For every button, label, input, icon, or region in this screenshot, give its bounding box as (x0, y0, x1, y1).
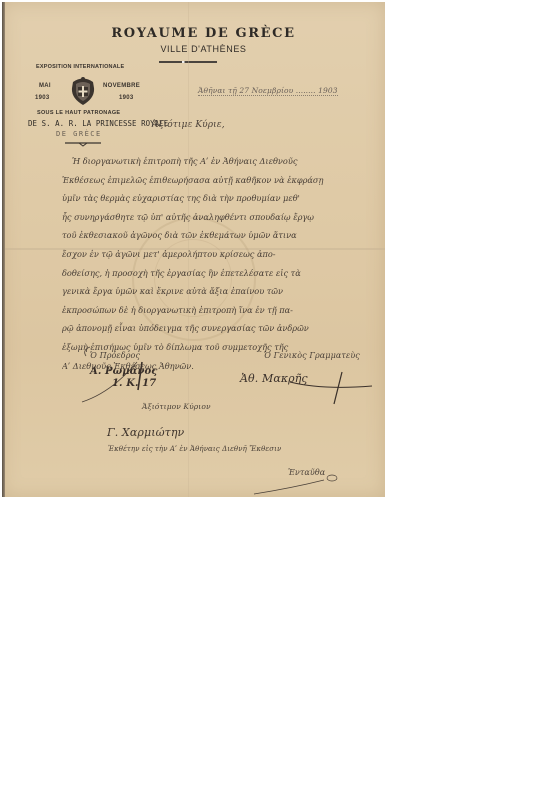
body-line: Ἡ διοργανωτικὴ ἐπιτροπὴ τῆς Αʹ ἐν Ἀθήναι… (62, 152, 377, 171)
ornament-divider-icon (65, 141, 101, 147)
body-line: Ἐκθέσεως ἐπιμελῶς ἐπιθεωρήσασα αὐτῇ καθῆ… (62, 171, 377, 190)
exposition-label: EXPOSITION INTERNATIONALE (36, 64, 124, 70)
body-line: ὑμῖν τὰς θερμὰς εὐχαριστίας της διὰ τὴν … (62, 189, 377, 208)
country-label: DE GRÈCE (56, 130, 102, 138)
patronage-label: SOUS LE HAUT PATRONAGE (37, 110, 120, 116)
date-line: Ἀθῆναι τῇ 27 Νοεμβρίου ........ 1903 (198, 86, 338, 96)
place-underline-flourish-icon (252, 472, 342, 497)
body-line: ρῷ ἀπονομῇ εἶναι ὑπόδειγμα τῆς συνεργασί… (62, 319, 377, 338)
letter-paper: ROYAUME DE GRÈCE VILLE D'ATHÈNES EXPOSIT… (2, 2, 385, 497)
body-line: γενικὰ ἔργα ὑμῶν καὶ ἔκρινε αὐτὰ ἄξια ἐπ… (62, 282, 377, 301)
president-title: Ὁ Πρόεδρος (90, 351, 140, 360)
recipient-role: Ἐκθέτην εἰς τὴν Αʹ ἐν Ἀθήναις Διεθνῆ Ἔκθ… (108, 445, 281, 453)
salutation: Ἀξιότιμε Κύριε, (152, 120, 225, 130)
letterhead-subtitle: VILLE D'ATHÈNES (12, 44, 385, 54)
secretary-title: Ὁ Γενικὸς Γραμματεὺς (264, 351, 360, 360)
princess-label: DE S. A. R. LA PRINCESSE ROYALE (28, 119, 168, 128)
end-year: 1903 (119, 95, 134, 101)
body-line: δοθείσης, ἡ προσοχὴ τῆς ἐργασίας ἣν ἐπετ… (62, 264, 377, 283)
start-month: MAI (39, 83, 51, 89)
end-month: NOVEMBRE (103, 83, 140, 89)
president-signature-extra: 1. Κ. 17 (112, 378, 156, 389)
body-line: ἔσχον ἐν τῷ ἀγῶνι μετ' ἀμερολήπτου κρίσε… (62, 245, 377, 264)
title-divider (159, 61, 217, 63)
president-signature: Α. Ρωμάνος (90, 366, 157, 377)
body-line: ἧς συνηργάσθητε τῷ ὑπ' αὐτῆς ἀναληφθέντι… (62, 208, 377, 227)
recipient-name: Γ. Χαρμιώτην (107, 426, 184, 439)
royal-coat-of-arms-icon (70, 76, 96, 106)
letterhead-title: ROYAUME DE GRÈCE (12, 26, 385, 41)
body-line: τοῦ ἐκθεσιακοῦ ἀγῶνος διὰ τῶν ἐκθεμάτων … (62, 226, 377, 245)
scan-edge-shadow (2, 2, 5, 497)
addressee-label: Ἀξιότιμον Κύριον (142, 402, 211, 411)
secretary-signature: Ἀθ. Μακρῆς (240, 372, 308, 385)
start-year: 1903 (35, 95, 50, 101)
body-line: ἐκπροσώπων δὲ ἡ διοργανωτικὴ ἐπιτροπὴ ἵν… (62, 301, 377, 320)
